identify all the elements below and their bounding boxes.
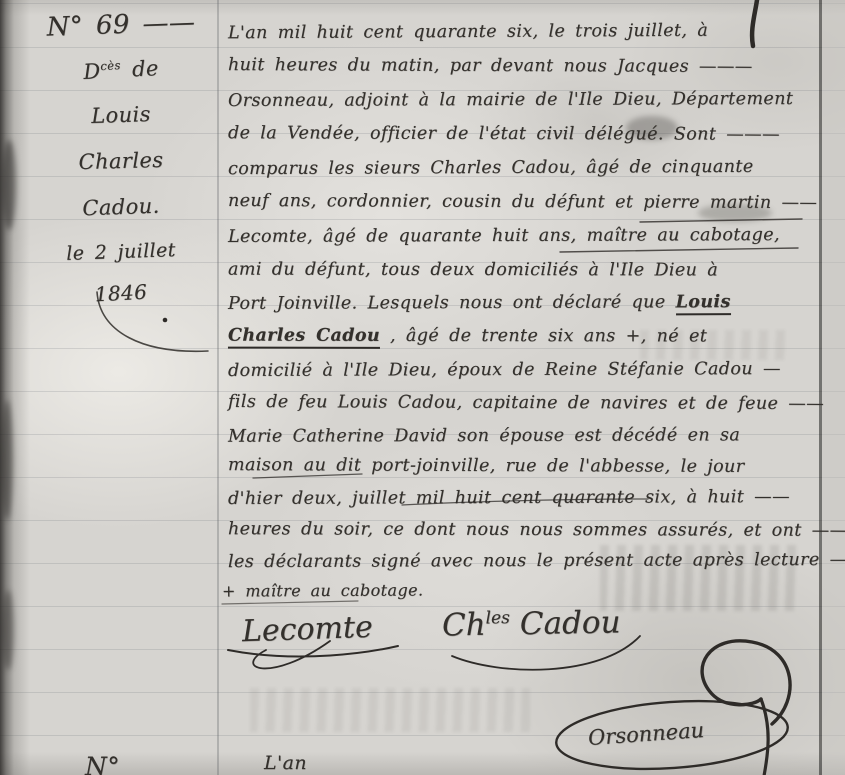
signature-superscript: les bbox=[485, 608, 510, 628]
signature-witness-cadou: Chles Cadou bbox=[442, 604, 621, 643]
record-line: neuf ans, cordonnier, cousin du défunt e… bbox=[228, 193, 817, 213]
entry-number: N° 69 —— bbox=[36, 7, 207, 43]
binding-blotch bbox=[2, 590, 14, 670]
right-rule-line bbox=[819, 0, 822, 775]
deceased-middle-name: Charles bbox=[36, 147, 207, 175]
record-line: Marie Catherine David son épouse est déc… bbox=[228, 427, 740, 446]
signature-rest: Cadou bbox=[510, 604, 621, 642]
signature-witness-lecomte: Lecomte bbox=[241, 610, 373, 650]
record-line: huit heures du matin, par devant nous Ja… bbox=[228, 57, 753, 76]
signature-prefix: Ch bbox=[442, 607, 486, 644]
record-line: de la Vendée, officier de l'état civil d… bbox=[228, 125, 780, 144]
abbr-rest: de bbox=[120, 56, 159, 82]
underlined-deceased-name: Louis bbox=[676, 292, 731, 315]
margin-rule-line bbox=[217, 0, 219, 775]
record-line: Port Joinville. Lesquels nous ont déclar… bbox=[228, 294, 731, 313]
record-line: comparus les sieurs Charles Cadou, âgé d… bbox=[228, 159, 754, 179]
record-line: L'an mil huit cent quarante six, le troi… bbox=[228, 23, 708, 43]
line-text: Port Joinville. Lesquels nous ont déclar… bbox=[228, 292, 676, 314]
abbr-superscript: cès bbox=[100, 58, 121, 73]
record-line: heures du soir, ce dont nous nous sommes… bbox=[228, 521, 845, 540]
marginal-insertion-note: + maître au cabotage. bbox=[222, 582, 424, 599]
binding-blotch bbox=[2, 140, 16, 230]
record-line: fils de feu Louis Cadou, capitaine de na… bbox=[228, 394, 824, 414]
record-line: d'hier deux, juillet mil huit cent quara… bbox=[228, 489, 790, 508]
line-text: , âgé de trente six ans +, né et bbox=[380, 326, 707, 347]
next-entry-first-words: L'an bbox=[264, 752, 307, 774]
next-entry-number: N° bbox=[85, 752, 120, 775]
record-line: les déclarants signé avec nous le présen… bbox=[228, 552, 845, 572]
underlined-deceased-name: Charles Cadou bbox=[228, 326, 380, 349]
record-line: domicilié à l'Ile Dieu, époux de Reine S… bbox=[228, 361, 781, 380]
record-line: Lecomte, âgé de quarante huit ans, maîtr… bbox=[228, 227, 780, 246]
record-line: Charles Cadou , âgé de trente six ans +,… bbox=[228, 328, 707, 346]
record-line: Orsonneau, adjoint à la mairie de l'Ile … bbox=[228, 91, 793, 110]
ink-bleed-through bbox=[250, 688, 530, 732]
right-outer-margin bbox=[822, 0, 845, 775]
binding-blotch bbox=[1, 400, 13, 520]
record-line: ami du défunt, tous deux domiciliés à l'… bbox=[228, 262, 718, 280]
record-line: maison au dit port-joinville, rue de l'a… bbox=[228, 457, 745, 476]
death-record-scan-page: N° 69 —— Dcès de Louis Charles Cadou. le… bbox=[0, 0, 845, 775]
abbr-initial: D bbox=[83, 59, 101, 84]
